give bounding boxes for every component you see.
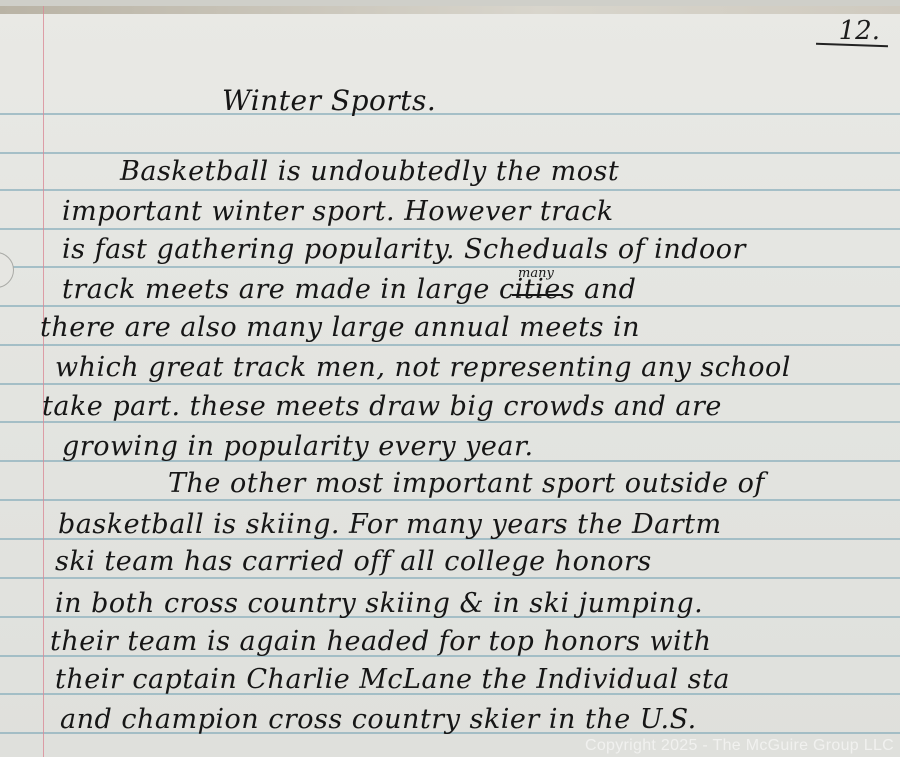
text-line-5: there are also many large annual meets i… xyxy=(40,312,640,343)
text-line-14: their captain Charlie McLane the Individ… xyxy=(55,664,730,695)
text-line-4: track meets are made in large cities and xyxy=(62,274,636,305)
rule-line xyxy=(0,305,900,307)
rule-line xyxy=(0,266,900,268)
punch-hole xyxy=(0,252,14,288)
rule-line xyxy=(0,152,900,154)
notebook-page: 12. Winter Sports. Basketball is undoubt… xyxy=(0,6,900,757)
rule-line xyxy=(0,577,900,579)
page-title: Winter Sports. xyxy=(222,84,436,117)
text-line-15: and champion cross country skier in the … xyxy=(60,704,697,735)
text-line-7: take part. these meets draw big crowds a… xyxy=(42,391,722,422)
rule-line xyxy=(0,383,900,385)
rule-line xyxy=(0,113,900,115)
copyright-watermark: Copyright 2025 - The McGuire Group LLC xyxy=(585,737,894,755)
rule-line xyxy=(0,189,900,191)
margin-line xyxy=(43,6,44,757)
text-line-2: important winter sport. However track xyxy=(62,196,614,227)
text-line-8: growing in popularity every year. xyxy=(62,431,534,462)
text-line-13: their team is again headed for top honor… xyxy=(50,626,712,657)
page-number: 12. xyxy=(839,16,880,46)
rule-line xyxy=(0,499,900,501)
text-line-12: in both cross country skiing & in ski ju… xyxy=(55,588,703,619)
rule-line xyxy=(0,344,900,346)
text-line-6: which great track men, not representing … xyxy=(55,352,791,383)
text-line-3: is fast gathering popularity. Scheduals … xyxy=(62,234,746,265)
page-edge xyxy=(0,6,900,14)
text-line-10: basketball is skiing. For many years the… xyxy=(58,509,722,540)
rule-line xyxy=(0,228,900,230)
text-line-11: ski team has carried off all college hon… xyxy=(55,546,652,577)
text-line-1: Basketball is undoubtedly the most xyxy=(120,156,619,187)
text-line-9: The other most important sport outside o… xyxy=(168,468,765,499)
